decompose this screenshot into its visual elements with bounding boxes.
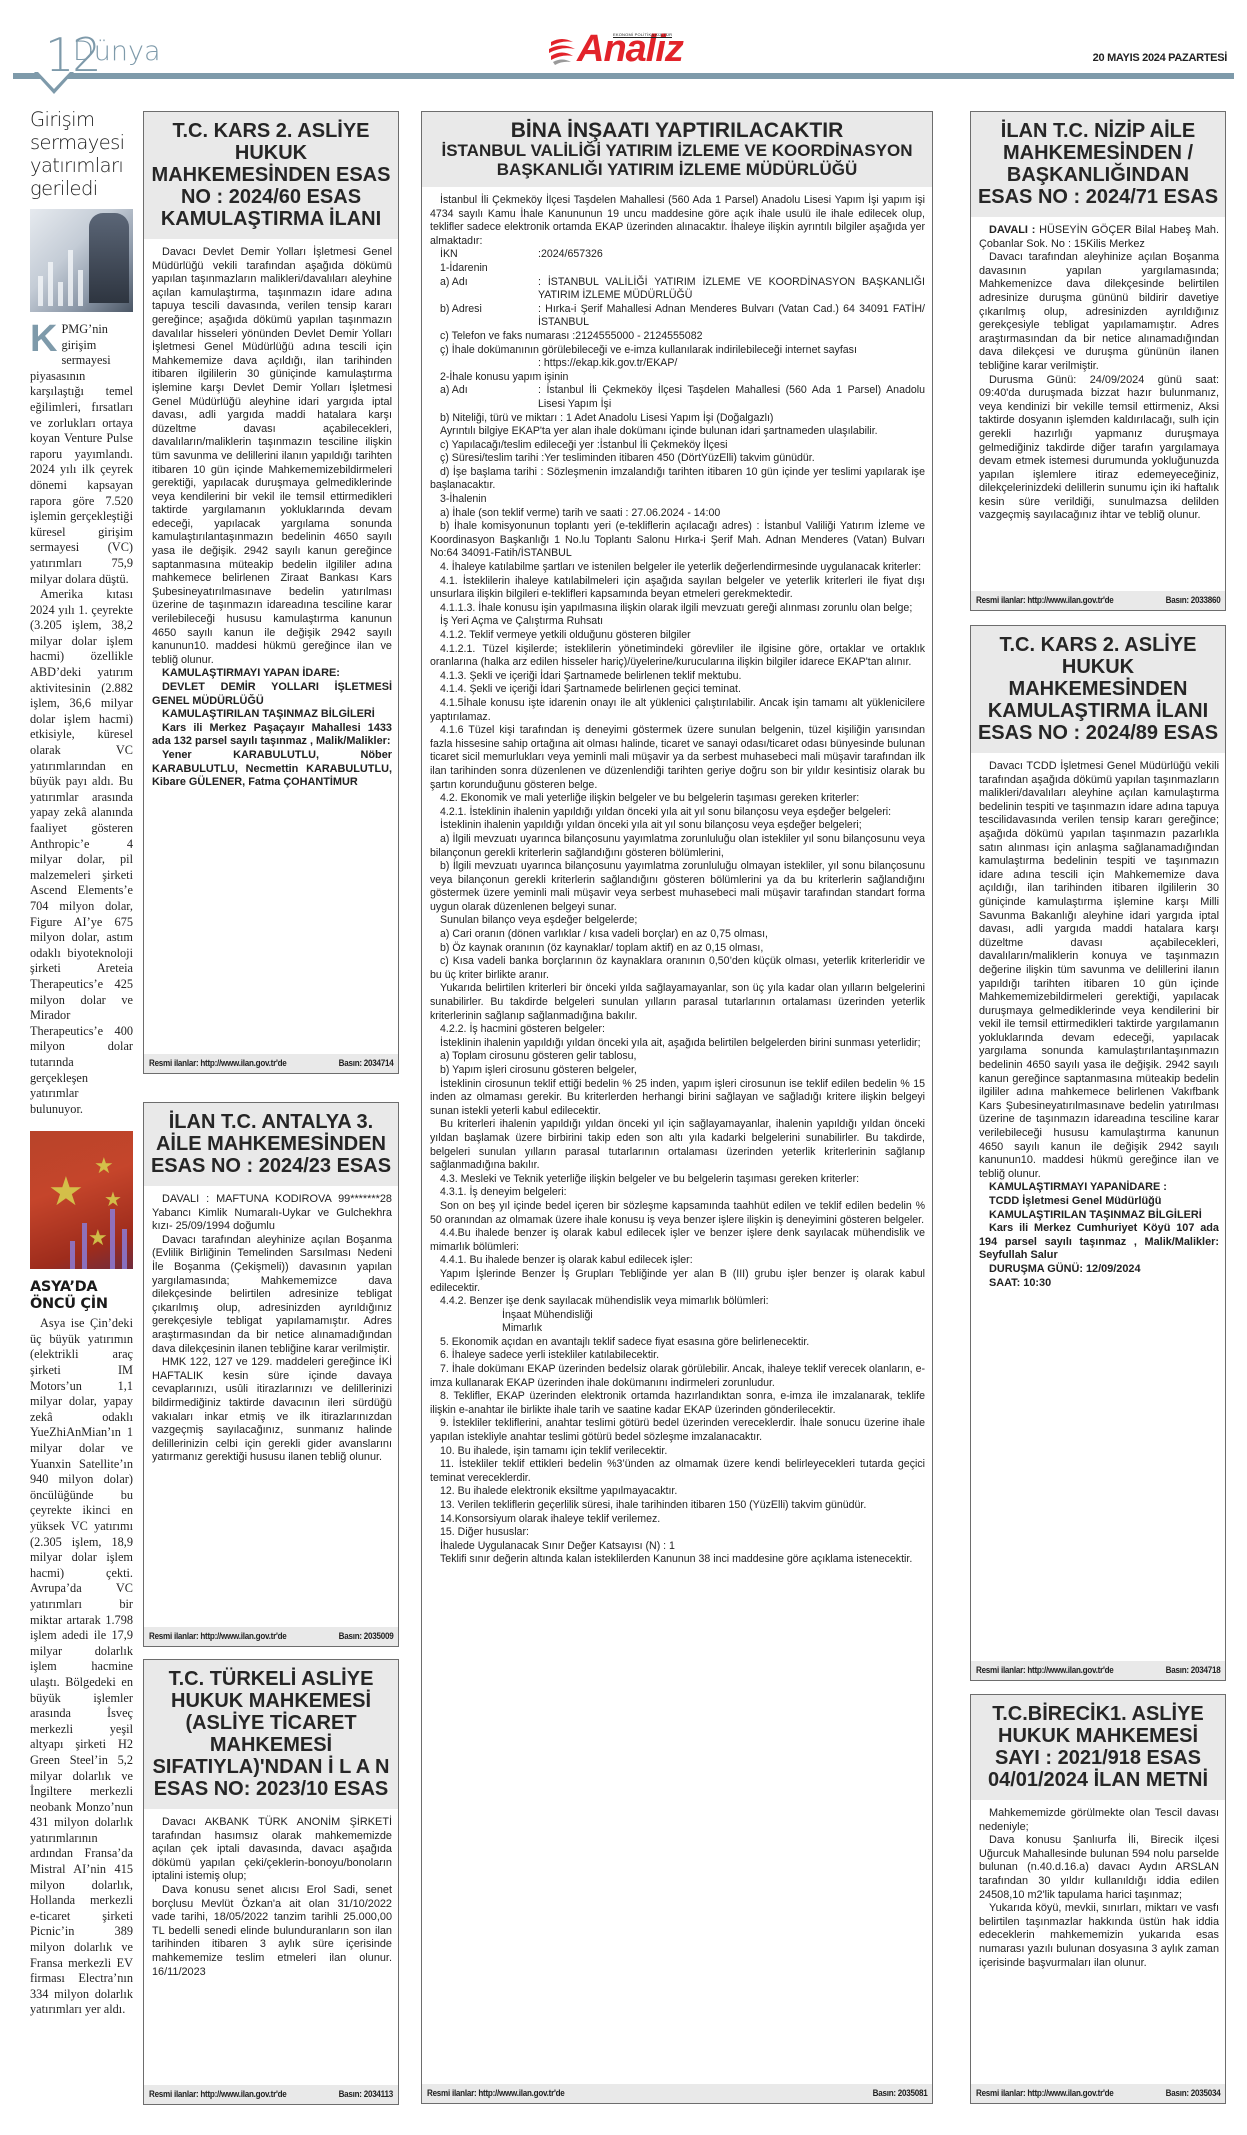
field-label: b) Adresi xyxy=(430,303,538,330)
official-notices-link[interactable]: Resmi ilanlar: http://www.ilan.gov.tr'de xyxy=(976,595,1114,606)
notice-title: T.C. TÜRKELİ ASLİYE HUKUK MAHKEMESİ (ASL… xyxy=(144,1660,398,1809)
notice-clause: İsteklinin ihalenin yapıldığı yıldan önc… xyxy=(430,819,925,833)
notice-body: DAVALI : MAFTUNA KODIROVA 99*******28 Ya… xyxy=(144,1186,398,1487)
official-notices-link[interactable]: Resmi ilanlar: http://www.ilan.gov.tr'de xyxy=(149,2089,287,2100)
notice-clause: 4.2.2. İş hacmini gösteren belgeler: xyxy=(430,1023,925,1037)
field-label: a) Adı xyxy=(430,384,538,411)
notice-clause: Son on beş yıl içinde bedel içeren bir s… xyxy=(430,1200,925,1227)
notice-paragraph: DAVALI : MAFTUNA KODIROVA 99*******28 Ya… xyxy=(152,1193,392,1234)
notice-clause: b) Niteliği, türü ve miktarı : 1 Adet An… xyxy=(430,412,925,426)
notice-title-line: BİNA İNŞAATI YAPTIRILACAKTIR xyxy=(428,119,926,142)
notice-title: İLAN T.C. ANTALYA 3. AİLE MAHKEMESİNDEN … xyxy=(144,1103,398,1186)
tender-notice-school-construction: BİNA İNŞAATI YAPTIRILACAKTIR İSTANBUL VA… xyxy=(421,111,933,2104)
field-label: a) Adı xyxy=(430,276,538,303)
notice-clause: 8. Teklifler, EKAP üzerinden elektronik … xyxy=(430,1390,925,1417)
notice-title: T.C. KARS 2. ASLİYE HUKUK MAHKEMESİNDEN … xyxy=(971,626,1225,753)
notice-clause: b) İhale komisyonunun toplantı yeri (e-t… xyxy=(430,520,925,561)
notice-title: İLAN T.C. NİZİP AİLE MAHKEMESİNDEN / BAŞ… xyxy=(971,112,1225,217)
field-value: :2024/657326 xyxy=(538,248,925,262)
notice-clause: 3-İhalenin xyxy=(430,493,925,507)
notice-clause: 4.3.1. İş deneyim belgeleri: xyxy=(430,1186,925,1200)
notice-paragraph: Durusma Günü: 24/09/2024 günü saat: 09:4… xyxy=(979,374,1219,524)
notice-clause: 4.1.5İhale konusu işte idarenin onayı il… xyxy=(430,697,925,724)
chevron-down-icon xyxy=(34,72,74,94)
notice-title: T.C. KARS 2. ASLİYE HUKUK MAHKEMESİNDEN … xyxy=(144,112,398,239)
notice-title: T.C.BİRECİK1. ASLİYE HUKUK MAHKEMESİ SAY… xyxy=(971,1695,1225,1800)
article-subheading: ASYA’DA ÖNCÜ ÇİN xyxy=(30,1279,133,1313)
notice-footer: Resmi ilanlar: http://www.ilan.gov.tr'de… xyxy=(144,2085,398,2104)
notice-clause: ç) Süresi/teslim tarihi :Yer tesliminden… xyxy=(430,452,925,466)
notice-clause: b) Öz kaynak oranının (öz kaynaklar/ top… xyxy=(430,942,925,956)
article-body-2: Asya ise Çin’deki üç büyük yatırımın (el… xyxy=(30,1316,133,2018)
article-paragraph: Amerika kıtası 2024 yılı 1. çeyrekte (3.… xyxy=(30,587,133,1117)
hearing-date: DURUŞMA GÜNÜ: 12/09/2024 xyxy=(979,1263,1219,1277)
notice-body: Mahkememizde görülmekte olan Tescil dava… xyxy=(971,1800,1225,1992)
field-value: : Hırka-i Şerif Mahallesi Adnan Menderes… xyxy=(538,303,925,330)
notice-body: Davacı TCDD İşletmesi Genel Müdürlüğü ve… xyxy=(971,753,1225,1312)
notice-clause: 4.3. Mesleki ve Teknik yeterliğe ilişkin… xyxy=(430,1173,925,1187)
phone-fax: c) Telefon ve faks numarası :2124555000 … xyxy=(430,330,925,344)
official-notices-link[interactable]: Resmi ilanlar: http://www.ilan.gov.tr'de xyxy=(976,1665,1114,1676)
legal-notice-birecik-2021-918: T.C.BİRECİK1. ASLİYE HUKUK MAHKEMESİ SAY… xyxy=(970,1694,1226,2104)
press-number: Basın: 2035034 xyxy=(1165,2088,1220,2099)
notice-clause: 6. İhaleye sadece yerli istekliler katıl… xyxy=(430,1349,925,1363)
notice-paragraph: Davacı tarafından aleyhinize açılan Boşa… xyxy=(979,251,1219,373)
notice-clause: Yapım İşlerinde Benzer İş Grupları Tebli… xyxy=(430,1268,925,1295)
notice-clause: 13. Verilen tekliflerin geçerlilik süres… xyxy=(430,1499,925,1513)
press-number: Basın: 2034718 xyxy=(1165,1665,1220,1676)
masthead: 12 Dünya EKONOMİ POLİTİKA KÜLTÜR Analiz … xyxy=(0,0,1247,100)
department-item: Mimarlık xyxy=(430,1322,925,1336)
notice-paragraph: Davacı Devlet Demir Yolları İşletmesi Ge… xyxy=(152,246,392,667)
notice-footer: Resmi ilanlar: http://www.ilan.gov.tr'de… xyxy=(422,2084,932,2103)
section-name: Dünya xyxy=(73,36,161,67)
drop-cap: K xyxy=(30,324,57,354)
notice-clause: İhalede Uygulanacak Sınır Değer Katsayıs… xyxy=(430,1540,925,1554)
notice-clause: c) Kısa vadeli banka borçlarının öz kayn… xyxy=(430,955,925,982)
field-value: : İSTANBUL VALİLİĞİ YATIRIM İZLEME VE KO… xyxy=(538,276,925,303)
notice-clause: 15. Diğer hususlar: xyxy=(430,1526,925,1540)
notice-paragraph: Dava konusu senet alıcısı Erol Sadi, sen… xyxy=(152,1884,392,1979)
newspaper-logo: EKONOMİ POLİTİKA KÜLTÜR Analiz xyxy=(547,28,683,70)
notice-clause: Yukarıda belirtilen kriterleri bir öncek… xyxy=(430,982,925,1023)
header-rule xyxy=(13,73,1234,79)
notice-bold-line: KAMULAŞTIRILAN TAŞINMAZ BİLGİLERİ xyxy=(152,708,392,722)
field-value: : İstanbul İli Çekmeköy İlçesi Taşdelen … xyxy=(538,384,925,411)
press-number: Basın: 2035081 xyxy=(872,2088,927,2099)
notice-clause: 4.1.2. Teklif vermeye yetkili olduğunu g… xyxy=(430,629,925,643)
legal-notice-nizip-2024-71: İLAN T.C. NİZİP AİLE MAHKEMESİNDEN / BAŞ… xyxy=(970,111,1226,611)
notice-bold-line: KAMULAŞTIRILAN TAŞINMAZ BİLGİLERİ xyxy=(979,1209,1219,1223)
article-paragraph: PMG’nin girişim sermayesi piyasasının ka… xyxy=(30,322,133,586)
notice-title-line: İSTANBUL VALİLİĞİ YATIRIM İZLEME VE KOOR… xyxy=(442,141,913,179)
notice-clause: a) Cari oranın (dönen varlıklar / kısa v… xyxy=(430,928,925,942)
legal-notice-antalya-2024-23: İLAN T.C. ANTALYA 3. AİLE MAHKEMESİNDEN … xyxy=(143,1102,399,1647)
business-chart-photo xyxy=(30,209,133,312)
official-notices-link[interactable]: Resmi ilanlar: http://www.ilan.gov.tr'de xyxy=(149,1631,287,1642)
notice-clause: b) İlgili mevzuatı uyarınca bilançosunu … xyxy=(430,860,925,914)
notice-clause: d) İşe başlama tarihi : Sözleşmenin imza… xyxy=(430,466,925,493)
ekap-link[interactable]: : https://ekap.kik.gov.tr/EKAP/ xyxy=(430,357,925,371)
notice-clause: 12. Bu ihalede elektronik eksiltme yapıl… xyxy=(430,1485,925,1499)
hearing-time: SAAT: 10:30 xyxy=(979,1277,1219,1291)
notice-body: Davacı AKBANK TÜRK ANONİM ŞİRKETİ tarafı… xyxy=(144,1809,398,2001)
defendant-label: DAVALI : xyxy=(989,224,1035,236)
news-article: Girişim sermayesi yatırımları geriledi K… xyxy=(30,108,133,2018)
field-label: İKN xyxy=(430,248,538,262)
notice-footer: Resmi ilanlar: http://www.ilan.gov.tr'de… xyxy=(971,591,1225,610)
notice-clauses: b) Niteliği, türü ve miktarı : 1 Adet An… xyxy=(430,412,925,1309)
notice-clause: 4.1. İsteklilerin ihaleye katılabilmeler… xyxy=(430,575,925,602)
notice-paragraph: Davacı tarafından aleyhinize açılan Boşa… xyxy=(152,1234,392,1356)
notice-paragraph: Davacı TCDD İşletmesi Genel Müdürlüğü ve… xyxy=(979,760,1219,1181)
legal-notice-turkeli-2023-10: T.C. TÜRKELİ ASLİYE HUKUK MAHKEMESİ (ASL… xyxy=(143,1659,399,2105)
article-body: KPMG’nin girişim sermayesi piyasasının k… xyxy=(30,322,133,1117)
notice-clause: c) Yapılacağı/teslim edileceği yer :İsta… xyxy=(430,439,925,453)
notice-clause: 4.2.1. İsteklinin ihalenin yapıldığı yıl… xyxy=(430,806,925,820)
notice-footer: Resmi ilanlar: http://www.ilan.gov.tr'de… xyxy=(144,1627,398,1646)
logo-tagline: EKONOMİ POLİTİKA KÜLTÜR xyxy=(613,32,672,38)
official-notices-link[interactable]: Resmi ilanlar: http://www.ilan.gov.tr'de xyxy=(149,1058,287,1069)
official-notices-link[interactable]: Resmi ilanlar: http://www.ilan.gov.tr'de xyxy=(427,2088,565,2099)
notice-final-clauses: 5. Ekonomik açıdan en avantajlı teklif s… xyxy=(430,1336,925,1567)
notice-clause: b) Yapım işleri cirosunu gösteren belgel… xyxy=(430,1064,925,1078)
notice-clause: Ayrıntılı bilgiye EKAP'ta yer alan ihale… xyxy=(430,425,925,439)
notice-clause: 4.4.1. Bu ihalede benzer iş olarak kabul… xyxy=(430,1254,925,1268)
notice-clause: Bu kriterleri ihalenin yapıldığı yıldan … xyxy=(430,1118,925,1172)
notice-clause: İsteklinin ihalenin yapıldığı yıldan önc… xyxy=(430,1037,925,1051)
section-heading: 1-İdarenin xyxy=(430,262,925,276)
notice-clause: 4.1.4. Şekli ve içeriği İdari Şartnamede… xyxy=(430,683,925,697)
notice-body: Davacı Devlet Demir Yolları İşletmesi Ge… xyxy=(144,239,398,812)
section-heading: 2-İhale konusu yapım işinin xyxy=(430,371,925,385)
notice-bold-line: Kars ili Merkez Cumhuriyet Köyü 107 ada … xyxy=(979,1222,1219,1263)
notice-paragraph: İstanbul İli Çekmeköy İlçesi Taşdelen Ma… xyxy=(430,194,925,248)
notice-paragraph: Davacı AKBANK TÜRK ANONİM ŞİRKETİ tarafı… xyxy=(152,1816,392,1884)
press-number: Basın: 2035009 xyxy=(338,1631,393,1642)
notice-clause: 5. Ekonomik açıdan en avantajlı teklif s… xyxy=(430,1336,925,1350)
notice-title: BİNA İNŞAATI YAPTIRILACAKTIR İSTANBUL VA… xyxy=(422,112,932,187)
field-label: ç) İhale dokümanının görülebileceği ve e… xyxy=(430,344,925,358)
notice-footer: Resmi ilanlar: http://www.ilan.gov.tr'de… xyxy=(144,1054,398,1073)
notice-bold-line: DEVLET DEMİR YOLLARI İŞLETMESİ GENEL MÜD… xyxy=(152,681,392,708)
notice-paragraph: Yukarıda köyü, mevkii, sınırları, miktar… xyxy=(979,1902,1219,1970)
department-item: İnşaat Mühendisliği xyxy=(430,1309,925,1323)
notice-footer: Resmi ilanlar: http://www.ilan.gov.tr'de… xyxy=(971,1661,1225,1680)
legal-notice-kars-2024-60: T.C. KARS 2. ASLİYE HUKUK MAHKEMESİNDEN … xyxy=(143,111,399,1074)
notice-clause: 7. İhale dokümanı EKAP üzerinden bedelsi… xyxy=(430,1363,925,1390)
article-paragraph: Asya ise Çin’deki üç büyük yatırımın (el… xyxy=(30,1316,133,2018)
notice-clause: a) İhale (son teklif verme) tarih ve saa… xyxy=(430,507,925,521)
notice-clause: 14.Konsorsiyum olarak ihaleye teklif ver… xyxy=(430,1513,925,1527)
notice-clause: Sunulan bilanço veya eşdeğer belgelerde; xyxy=(430,914,925,928)
notice-bold-line: TCDD İşletmesi Genel Müdürlüğü xyxy=(979,1195,1219,1209)
notice-clause: 4.1.3. Şekli ve içeriği İdari Şartnamede… xyxy=(430,670,925,684)
notice-clause: 4.2. Ekonomik ve mali yeterliğe ilişkin … xyxy=(430,792,925,806)
notice-clause: İş Yeri Açma ve Çalıştırma Ruhsatı xyxy=(430,615,925,629)
notice-body: İstanbul İli Çekmeköy İlçesi Taşdelen Ma… xyxy=(422,187,932,1589)
notice-paragraph: Dava konusu Şanlıurfa İli, Birecik ilçes… xyxy=(979,1834,1219,1902)
notice-paragraph: Mahkememizde görülmekte olan Tescil dava… xyxy=(979,1807,1219,1834)
china-flag-photo: ★ ★ ★ ★ xyxy=(30,1131,133,1269)
notice-clause: 4.1.6 Tüzel kişi tarafından iş deneyimi … xyxy=(430,724,925,792)
notice-clause: 4.4.Bu ihalede benzer iş olarak kabul ed… xyxy=(430,1227,925,1254)
notice-clause: 9. İstekliler tekliflerini, anahtar tesl… xyxy=(430,1417,925,1444)
notice-clause: 11. İstekliler teklif ettikleri bedelin … xyxy=(430,1458,925,1485)
notice-clause: Teklifi sınır değerin altında kalan iste… xyxy=(430,1553,925,1567)
notice-clause: 4. İhaleye katılabilme şartları ve isten… xyxy=(430,561,925,575)
press-number: Basın: 2034714 xyxy=(338,1058,393,1069)
notice-bold-line: Kars ili Merkez Paşaçayır Mahallesi 1433… xyxy=(152,722,392,749)
notice-bold-line: Yener KARABULUTLU, Nöber KARABULUTLU, Ne… xyxy=(152,749,392,790)
press-number: Basın: 2034113 xyxy=(339,2089,393,2100)
notice-clause: 4.1.1.3. İhale konusu işin yapılmasına i… xyxy=(430,602,925,616)
notice-clause: 4.4.2. Benzer işe denk sayılacak mühendi… xyxy=(430,1295,925,1309)
official-notices-link[interactable]: Resmi ilanlar: http://www.ilan.gov.tr'de xyxy=(976,2088,1114,2099)
notice-body: DAVALI : HÜSEYİN GÖÇER Bilal Habeş Mah. … xyxy=(971,217,1225,545)
globe-swirl-icon xyxy=(547,32,577,66)
notice-clause: a) İlgili mevzuatı uyarınca bilançosunu … xyxy=(430,833,925,860)
press-number: Basın: 2033860 xyxy=(1165,595,1220,606)
notice-bold-line: KAMULAŞTIRMAYI YAPANİDARE : xyxy=(979,1181,1219,1195)
legal-notice-kars-2024-89: T.C. KARS 2. ASLİYE HUKUK MAHKEMESİNDEN … xyxy=(970,625,1226,1681)
notice-clause: 4.1.2.1. Tüzel kişilerde; isteklilerin y… xyxy=(430,643,925,670)
notice-clause: a) Toplam cirosunu gösteren gelir tablos… xyxy=(430,1050,925,1064)
notice-clause: İsteklinin cirosunun teklif ettiği bedel… xyxy=(430,1078,925,1119)
notice-clause: 10. Bu ihalede, işin tamamı için teklif … xyxy=(430,1445,925,1459)
issue-date: 20 MAYIS 2024 PAZARTESİ xyxy=(1093,52,1227,64)
article-headline: Girişim sermayesi yatırımları geriledi xyxy=(30,108,133,200)
notice-bold-line: KAMULAŞTIRMAYI YAPAN İDARE: xyxy=(152,667,392,681)
notice-paragraph: HMK 122, 127 ve 129. maddeleri gereğince… xyxy=(152,1356,392,1465)
notice-footer: Resmi ilanlar: http://www.ilan.gov.tr'de… xyxy=(971,2084,1225,2103)
